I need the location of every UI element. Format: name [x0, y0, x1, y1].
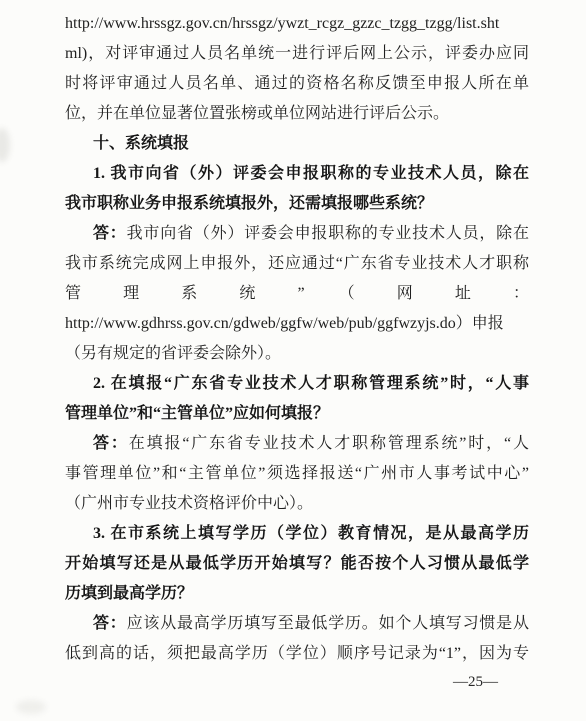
- text-line: 3. 在市系统上填写学历（学位）教育情况，是从最高学历: [65, 519, 529, 549]
- text-run: 我市职称业务申报系统填报外，还需填报哪些系统？: [65, 195, 433, 212]
- text-run: 答：: [93, 435, 129, 452]
- text-run: 管理系统”（网址：: [65, 285, 529, 302]
- scan-smudge: [0, 128, 10, 162]
- text-run: 历填到最高学历？: [65, 585, 193, 602]
- text-run: 我市系统完成网上申报外，还应通过“广东省专业技术人才职称: [65, 255, 529, 272]
- text-run: 时将评审通过人员名单、通过的资格名称反馈至申报人所在单: [65, 75, 529, 92]
- url-text: http://www.gdhrss.gov.cn/gdweb/ggfw/web/…: [65, 315, 456, 332]
- text-run: 应该从最高学历填写至最低学历。如个人填写习惯是从: [127, 615, 529, 632]
- text-line: 时将评审通过人员名单、通过的资格名称反馈至申报人所在单: [65, 69, 529, 99]
- scanned-document-page: { "page": { "number_label": "—25—", "bac…: [0, 0, 586, 721]
- text-line: （另有规定的省评委会除外）。: [65, 339, 529, 369]
- text-run: 答：: [93, 225, 127, 242]
- text-run: （广州市专业技术资格评价中心）。: [65, 495, 313, 512]
- text-line: 答：在填报“广东省专业技术人才职称管理系统”时，“人: [65, 429, 529, 459]
- text-run: 事管理单位”和“主管单位”须选择报送“广州市人事考试中心”: [65, 465, 529, 482]
- text-line: 我市职称业务申报系统填报外，还需填报哪些系统？: [65, 189, 529, 219]
- text-run: 管理单位”和“主管单位”应如何填报？: [65, 405, 329, 422]
- text-run: 在填报“广东省专业技术人才职称管理系统”时，“人: [129, 435, 529, 452]
- text-run: 低到高的话，须把最高学历（学位）顺序号记录为“1”，因为专: [65, 645, 529, 662]
- text-line: 1. 我市向省（外）评委会申报职称的专业技术人员，除在: [65, 159, 529, 189]
- text-block: http://www.hrssgz.gov.cn/hrssgz/ywzt_rcg…: [65, 9, 529, 669]
- text-line: ml)，对评审通过人员名单统一进行评后网上公示，评委办应同: [65, 39, 529, 69]
- text-run: 我市向省（外）评委会申报职称的专业技术人员，除在: [127, 225, 529, 242]
- text-run: 位，并在单位显著位置张榜或单位网站进行评后公示。: [65, 105, 449, 122]
- scan-smudge: [16, 700, 46, 714]
- text-line: http://www.hrssgz.gov.cn/hrssgz/ywzt_rcg…: [65, 9, 529, 39]
- text-line: 十、系统填报: [65, 129, 529, 159]
- text-run: 1. 我市向省（外）评委会申报职称的专业技术人员，除在: [93, 165, 529, 182]
- text-line: 管理系统”（网址：: [65, 279, 529, 309]
- text-line: 我市系统完成网上申报外，还应通过“广东省专业技术人才职称: [65, 249, 529, 279]
- url-text: http://www.hrssgz.gov.cn/hrssgz/ywzt_rcg…: [65, 15, 499, 32]
- text-run: （另有规定的省评委会除外）。: [65, 345, 281, 362]
- text-run: 3. 在市系统上填写学历（学位）教育情况，是从最高学历: [93, 525, 529, 542]
- text-line: 开始填写还是从最低学历开始填写？能否按个人习惯从最低学: [65, 549, 529, 579]
- text-line: （广州市专业技术资格评价中心）。: [65, 489, 529, 519]
- text-run: 2. 在填报“广东省专业技术人才职称管理系统”时，“人事: [93, 375, 529, 392]
- text-line: 管理单位”和“主管单位”应如何填报？: [65, 399, 529, 429]
- text-line: 低到高的话，须把最高学历（学位）顺序号记录为“1”，因为专: [65, 639, 529, 669]
- text-line: 历填到最高学历？: [65, 579, 529, 609]
- text-run: 开始填写还是从最低学历开始填写？能否按个人习惯从最低学: [65, 555, 529, 572]
- text-line: http://www.gdhrss.gov.cn/gdweb/ggfw/web/…: [65, 309, 529, 339]
- text-line: 答：我市向省（外）评委会申报职称的专业技术人员，除在: [65, 219, 529, 249]
- text-line: 位，并在单位显著位置张榜或单位网站进行评后公示。: [65, 99, 529, 129]
- page-number: —25—: [453, 672, 498, 692]
- text-line: 2. 在填报“广东省专业技术人才职称管理系统”时，“人事: [65, 369, 529, 399]
- text-run: ml)，对评审通过人员名单统一进行评后网上公示，评委办应同: [65, 45, 529, 62]
- text-run: 答：: [93, 615, 127, 632]
- text-run: 十、系统填报: [93, 135, 189, 152]
- text-line: 答：应该从最高学历填写至最低学历。如个人填写习惯是从: [65, 609, 529, 639]
- text-run: ）申报: [456, 315, 504, 332]
- text-line: 事管理单位”和“主管单位”须选择报送“广州市人事考试中心”: [65, 459, 529, 489]
